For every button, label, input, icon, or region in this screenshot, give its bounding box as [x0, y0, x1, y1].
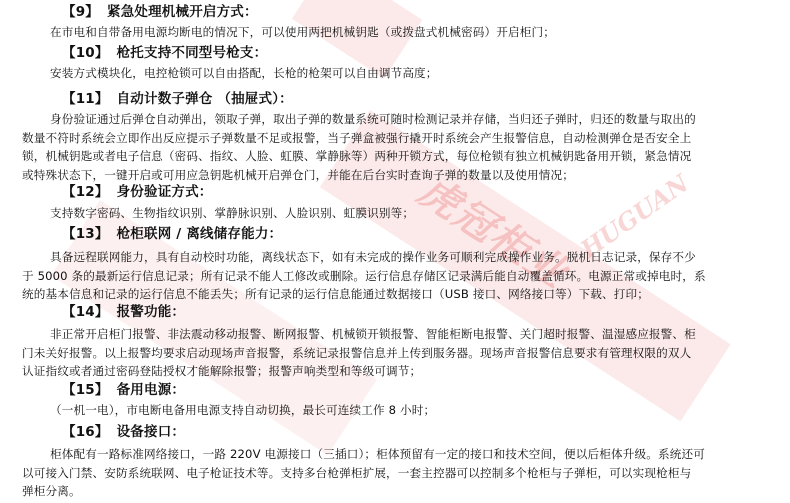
- section-heading-16: 【16】设备接口：: [62, 423, 185, 441]
- document-page: 虎冠柜业 HUGUAN 【9】紧急处理机械开启方式： 在市电和自带备用电源均断电…: [0, 0, 790, 503]
- body-line: 以可接入门禁、安防系统联网、电子枪证技术等。支持多台枪弹柜扩展，一套主控器可以控…: [22, 464, 774, 483]
- section-number: 【15】: [62, 381, 109, 399]
- body-line: （一机一电），市电断电备用电源支持自动切换，最长可连续工作 8 小时；: [50, 401, 790, 420]
- body-line: 门未关好报警。以上报警均要求启动现场声音报警，系统记录报警信息并上传到服务器。现…: [22, 344, 774, 363]
- section-number: 【9】: [62, 3, 99, 21]
- section-heading-11: 【11】自动计数子弹仓 （抽屉式）：: [62, 90, 293, 108]
- section-heading-12: 【12】身份验证方式：: [62, 183, 213, 201]
- section-title: 备用电源：: [117, 382, 186, 398]
- section-number: 【11】: [62, 90, 109, 108]
- section-title: 枪柜联网 / 离线储存能力：: [117, 226, 283, 242]
- section-body-10: 安装方式模块化，电控枪锁可以自由搭配，长枪的枪架可以自由调节高度；: [50, 64, 790, 83]
- section-body-12: 支持数字密码、生物指纹识别、掌静脉识别、人脸识别、虹膜识别等；: [50, 204, 790, 223]
- section-number: 【13】: [62, 225, 109, 243]
- section-body-11: 身份验证通过后弹仓自动弹出，领取子弹，取出子弹的数量系统可随时检测记录并存储，当…: [22, 110, 774, 184]
- body-line: 于 5000 条的最新运行信息记录；所有记录不能人工修改或删除。运行信息存储区记…: [22, 267, 774, 286]
- body-line: 或特殊状态下，一键开启或可用应急钥匙机械开启弹仓门，并能在后台实时查询子弹的数量…: [22, 166, 774, 185]
- section-heading-13: 【13】枪柜联网 / 离线储存能力：: [62, 225, 282, 243]
- section-body-9: 在市电和自带备用电源均断电的情况下，可以使用两把机械钥匙（或拨盘式机械密码）开启…: [50, 23, 790, 42]
- section-number: 【14】: [62, 303, 109, 321]
- section-heading-9: 【9】紧急处理机械开启方式：: [62, 3, 258, 21]
- body-line: 身份验证通过后弹仓自动弹出，领取子弹，取出子弹的数量系统可随时检测记录并存储，当…: [22, 110, 774, 129]
- body-line: 认证指纹或者通过密码登陆授权才能解除报警；报警声响类型和等级可调节；: [22, 362, 774, 381]
- section-heading-10: 【10】枪托支持不同型号枪支：: [62, 44, 267, 62]
- body-line: 非正常开启柜门报警、非法震动移动报警、断网报警、机械锁开锁报警、智能柜断电报警、…: [22, 325, 774, 344]
- section-body-15: （一机一电），市电断电备用电源支持自动切换，最长可连续工作 8 小时；: [50, 401, 790, 420]
- body-line: 数量不符时系统会立即作出反应提示子弹数量不足或报警，当子弹盒被强行撬开时系统会产…: [22, 129, 774, 148]
- body-line: 柜体配有一路标准网络接口，一路 220V 电源接口（三插口）；柜体预留有一定的接…: [22, 445, 774, 464]
- body-line: 支持数字密码、生物指纹识别、掌静脉识别、人脸识别、虹膜识别等；: [50, 204, 790, 223]
- section-body-13: 具备远程联网能力，具有自动校时功能，离线状态下，如有未完成的操作业务可顺利完成操…: [22, 248, 774, 304]
- section-title: 身份验证方式：: [117, 184, 213, 200]
- section-body-16: 柜体配有一路标准网络接口，一路 220V 电源接口（三插口）；柜体预留有一定的接…: [22, 445, 774, 501]
- body-line: 具备远程联网能力，具有自动校时功能，离线状态下，如有未完成的操作业务可顺利完成操…: [22, 248, 774, 267]
- body-line: 统的基本信息和记录的运行信息不能丢失；所有记录的运行信息能通过数据接口（USB …: [22, 285, 774, 304]
- section-number: 【10】: [62, 44, 109, 62]
- section-heading-14: 【14】报警功能：: [62, 303, 185, 321]
- section-number: 【12】: [62, 183, 109, 201]
- section-title: 枪托支持不同型号枪支：: [117, 45, 268, 61]
- section-body-14: 非正常开启柜门报警、非法震动移动报警、断网报警、机械锁开锁报警、智能柜断电报警、…: [22, 325, 774, 381]
- section-number: 【16】: [62, 423, 109, 441]
- body-line: 弹柜分离。: [22, 482, 774, 501]
- section-title: 报警功能：: [117, 304, 186, 320]
- section-title: 自动计数子弹仓 （抽屉式）：: [117, 91, 293, 107]
- section-heading-15: 【15】备用电源：: [62, 381, 185, 399]
- body-line: 安装方式模块化，电控枪锁可以自由搭配，长枪的枪架可以自由调节高度；: [50, 64, 790, 83]
- body-line: 锁，机械钥匙或者电子信息（密码、指纹、人脸、虹膜、掌静脉等）两种开锁方式，每位枪…: [22, 147, 774, 166]
- section-title: 紧急处理机械开启方式：: [107, 4, 258, 20]
- section-title: 设备接口：: [117, 424, 186, 440]
- body-line: 在市电和自带备用电源均断电的情况下，可以使用两把机械钥匙（或拨盘式机械密码）开启…: [50, 23, 790, 42]
